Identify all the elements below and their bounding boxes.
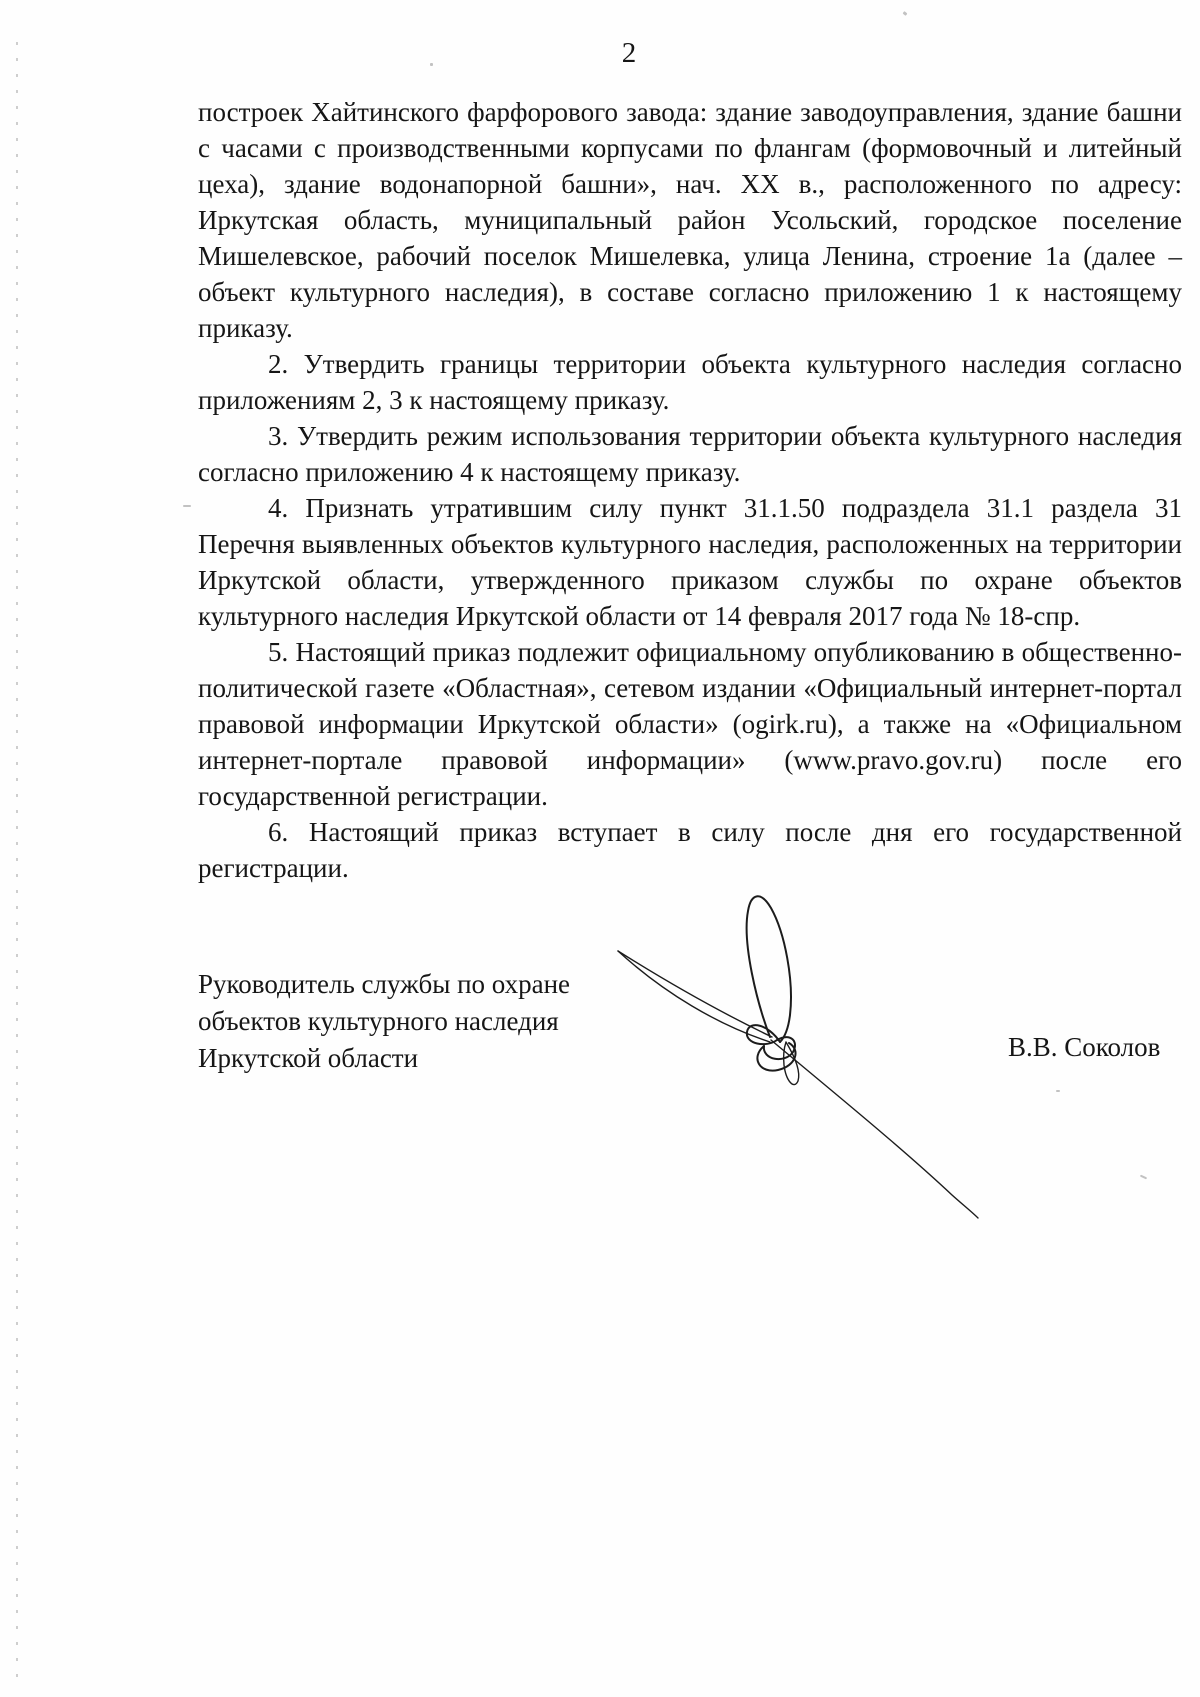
body-paragraph-4: 4. Признать утратившим силу пункт 31.1.5… xyxy=(198,490,1182,634)
body-paragraph-6: 6. Настоящий приказ вступает в силу посл… xyxy=(198,814,1182,886)
signatory-title: Руководитель службы по охране объектов к… xyxy=(198,966,570,1077)
body-paragraph-2: 2. Утвердить границы территории объекта … xyxy=(198,346,1182,418)
signatory-title-line: Руководитель службы по охране xyxy=(198,966,570,1003)
body-paragraph-5: 5. Настоящий приказ подлежит официальном… xyxy=(198,634,1182,814)
document-body: построек Хайтинского фарфорового завода:… xyxy=(198,94,1182,886)
signatory-name: В.В. Соколов xyxy=(1008,1030,1160,1064)
signatory-title-line: Иркутской области xyxy=(198,1040,570,1077)
scan-speck xyxy=(903,11,908,16)
page-number: 2 xyxy=(0,36,1200,70)
scan-artifact-line xyxy=(16,42,18,1682)
body-paragraph-continuation: построек Хайтинского фарфорового завода:… xyxy=(198,94,1182,346)
signatory-title-line: объектов культурного наследия xyxy=(198,1003,570,1040)
scan-speck xyxy=(1140,1175,1147,1180)
scan-speck xyxy=(183,505,191,507)
handwritten-signature xyxy=(600,885,995,1230)
body-paragraph-3: 3. Утвердить режим использования террито… xyxy=(198,418,1182,490)
document-page: 2 построек Хайтинского фарфорового завод… xyxy=(0,0,1200,1697)
scan-speck xyxy=(1056,1090,1060,1092)
